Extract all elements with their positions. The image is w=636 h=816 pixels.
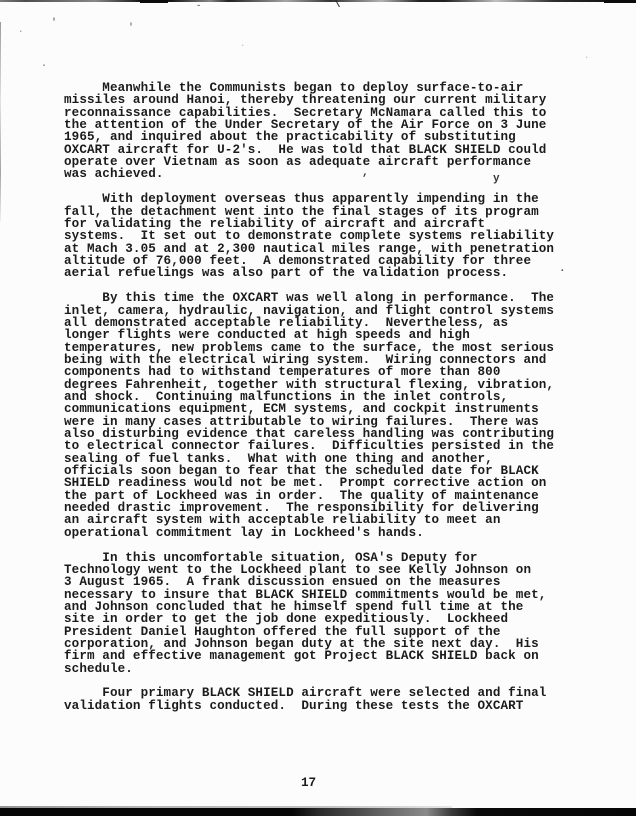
scan-speck: , (362, 168, 369, 179)
document-page: Meanwhile the Communists began to deploy… (0, 0, 636, 816)
paragraph: Meanwhile the Communists began to deploy… (64, 82, 574, 181)
scan-edge-artifact-left (0, 22, 1, 222)
scan-speck: \ (334, 0, 341, 11)
page-number: 17 (301, 776, 316, 790)
paragraph: With deployment overseas thus apparently… (64, 193, 574, 279)
scan-speck: ' (128, 24, 134, 34)
paragraph: Four primary BLACK SHIELD aircraft were … (64, 687, 574, 712)
scan-edge-artifact-top (0, 0, 636, 2)
scan-blob-artifact (604, 0, 636, 3)
scan-speck: . (559, 264, 566, 275)
scan-speck: - (196, 2, 201, 11)
paragraph: In this uncomfortable situation, OSA's D… (64, 552, 574, 675)
scan-speck: . (18, 26, 23, 35)
scan-blob-artifact (140, 0, 168, 3)
paragraph: By this time the OXCART was well along i… (64, 292, 574, 539)
scan-speck: ' (51, 19, 57, 29)
scan-speck: . (240, 40, 245, 49)
scan-edge-artifact-bottom (0, 808, 636, 816)
scan-speck: y (493, 174, 500, 185)
scan-speck: . (584, 52, 589, 61)
scan-speck: . (41, 60, 47, 70)
